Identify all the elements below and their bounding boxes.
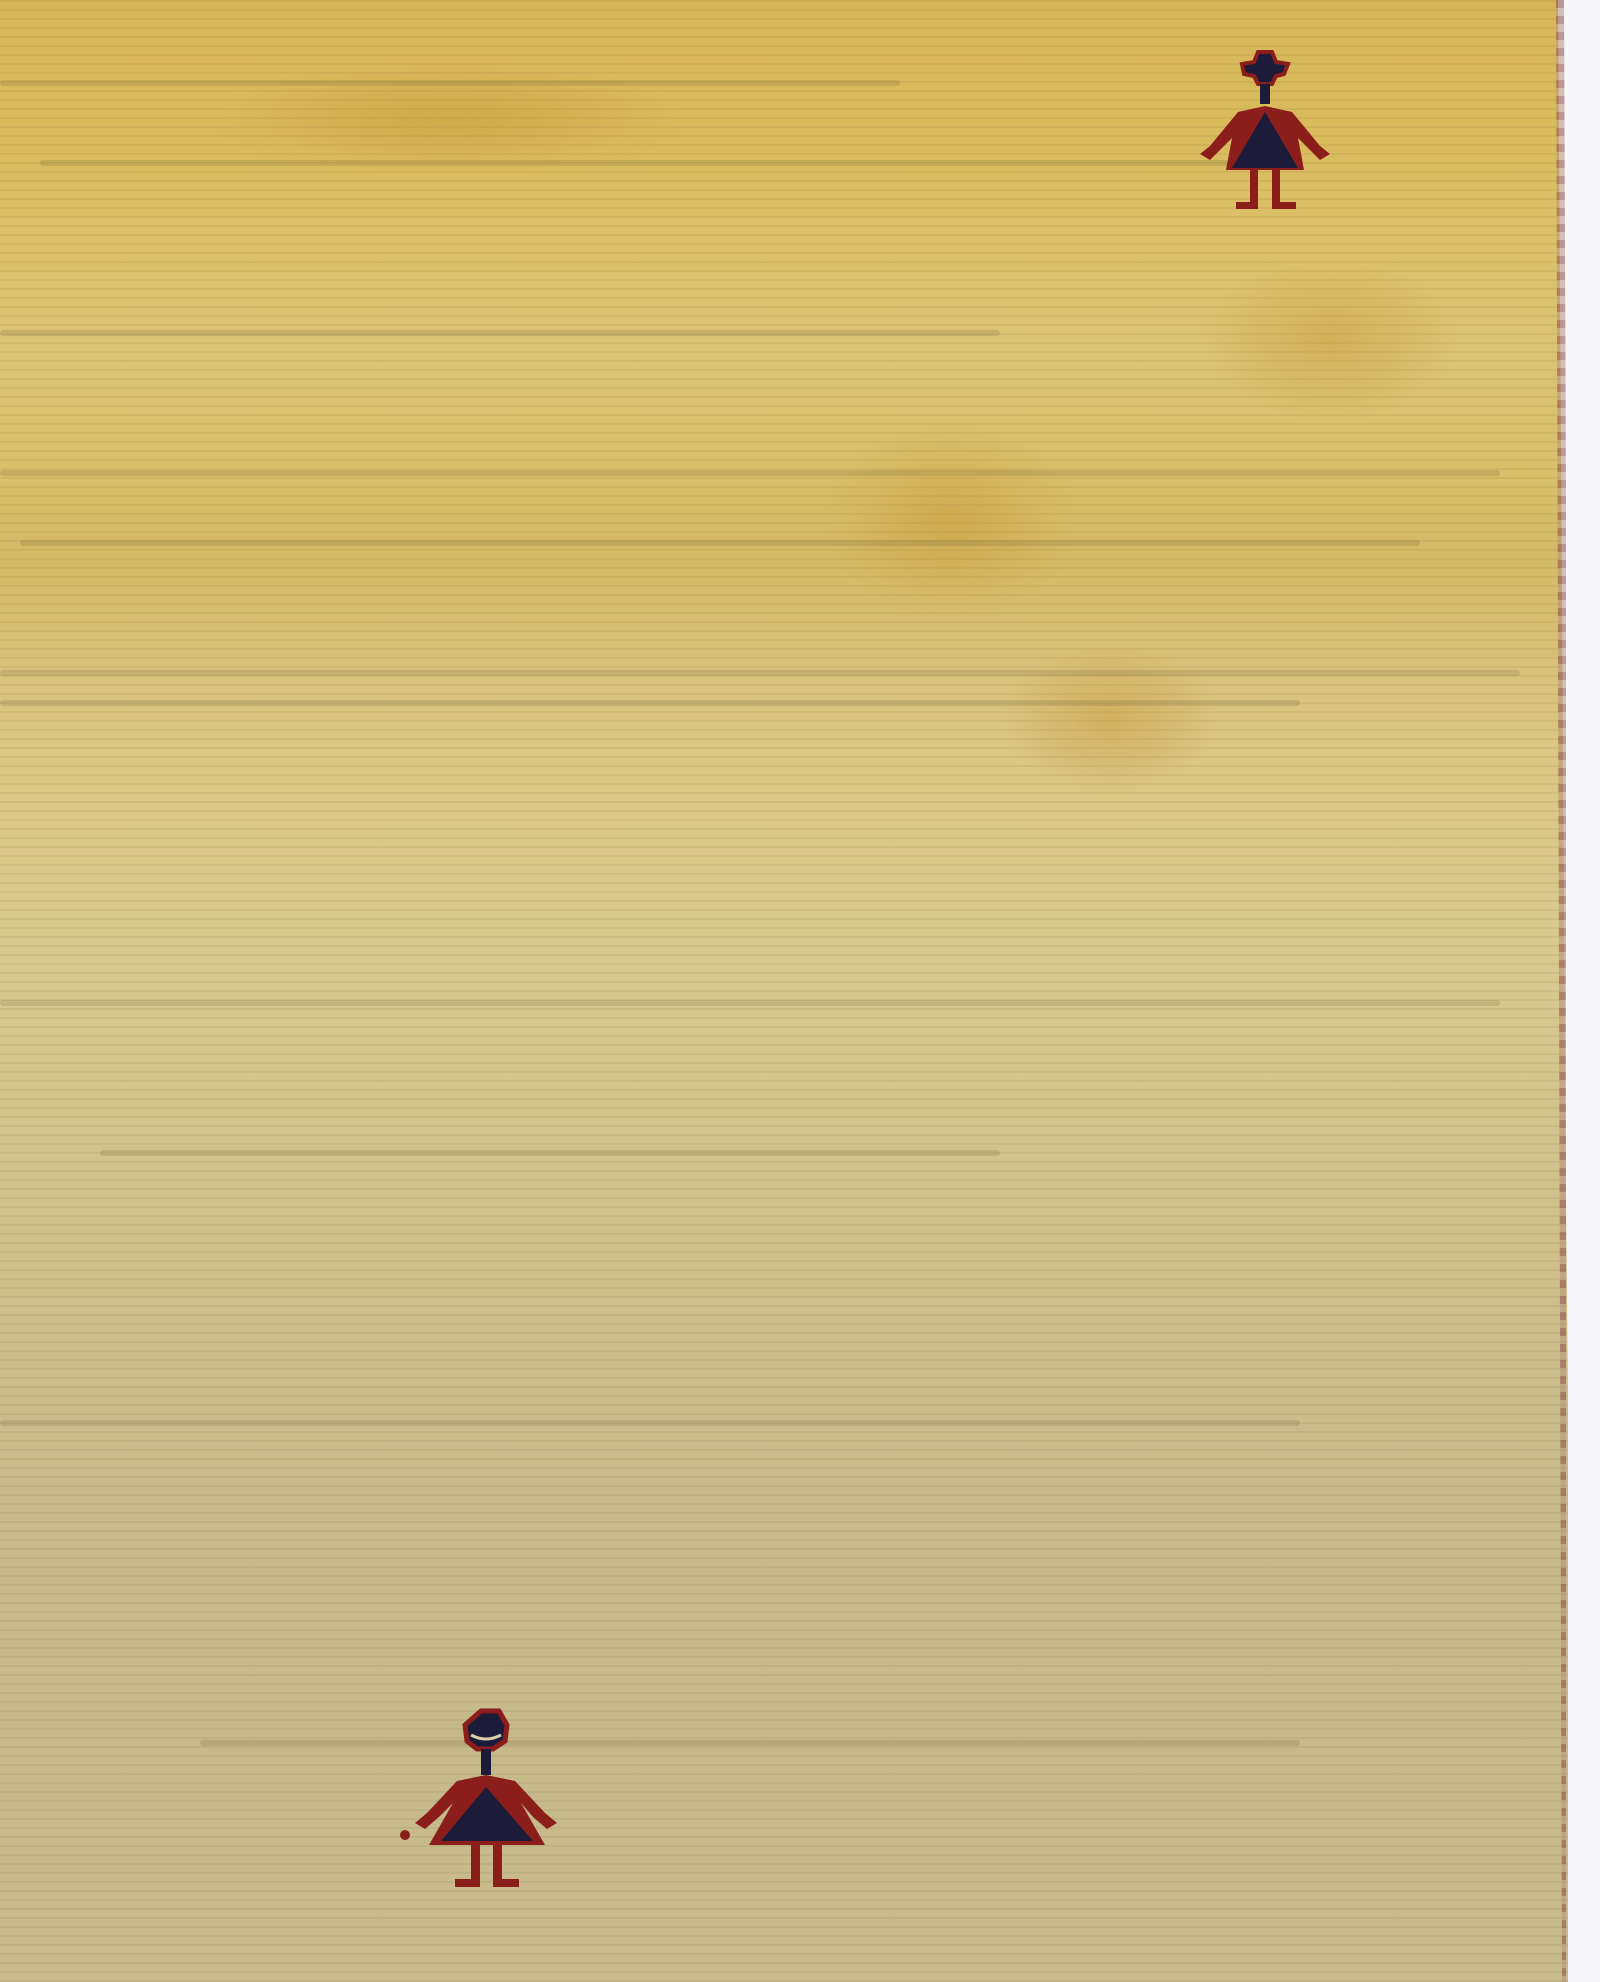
abrash-streak [0,700,1300,706]
abrash-streak [0,330,1000,336]
rug-field [0,0,1568,1982]
ochre-patch [1200,260,1460,420]
human-figure-icon [395,1695,575,1890]
abrash-streak [200,1740,1300,1746]
abrash-streak [40,160,1240,166]
abrash-streak [0,670,1520,676]
abrash-streak [0,80,900,86]
abrash-streak [0,470,1500,476]
abrash-streak [20,540,1420,546]
abrash-streak [0,1420,1300,1426]
ochre-patch [820,420,1080,620]
ochre-patch [1000,640,1220,800]
human-figure-icon [1180,50,1350,215]
human-figure-motif-bottom-left [395,1695,575,1890]
abrash-streak [100,1150,1000,1156]
human-figure-motif-top-right [1180,50,1350,215]
abrash-streak [0,1000,1500,1006]
